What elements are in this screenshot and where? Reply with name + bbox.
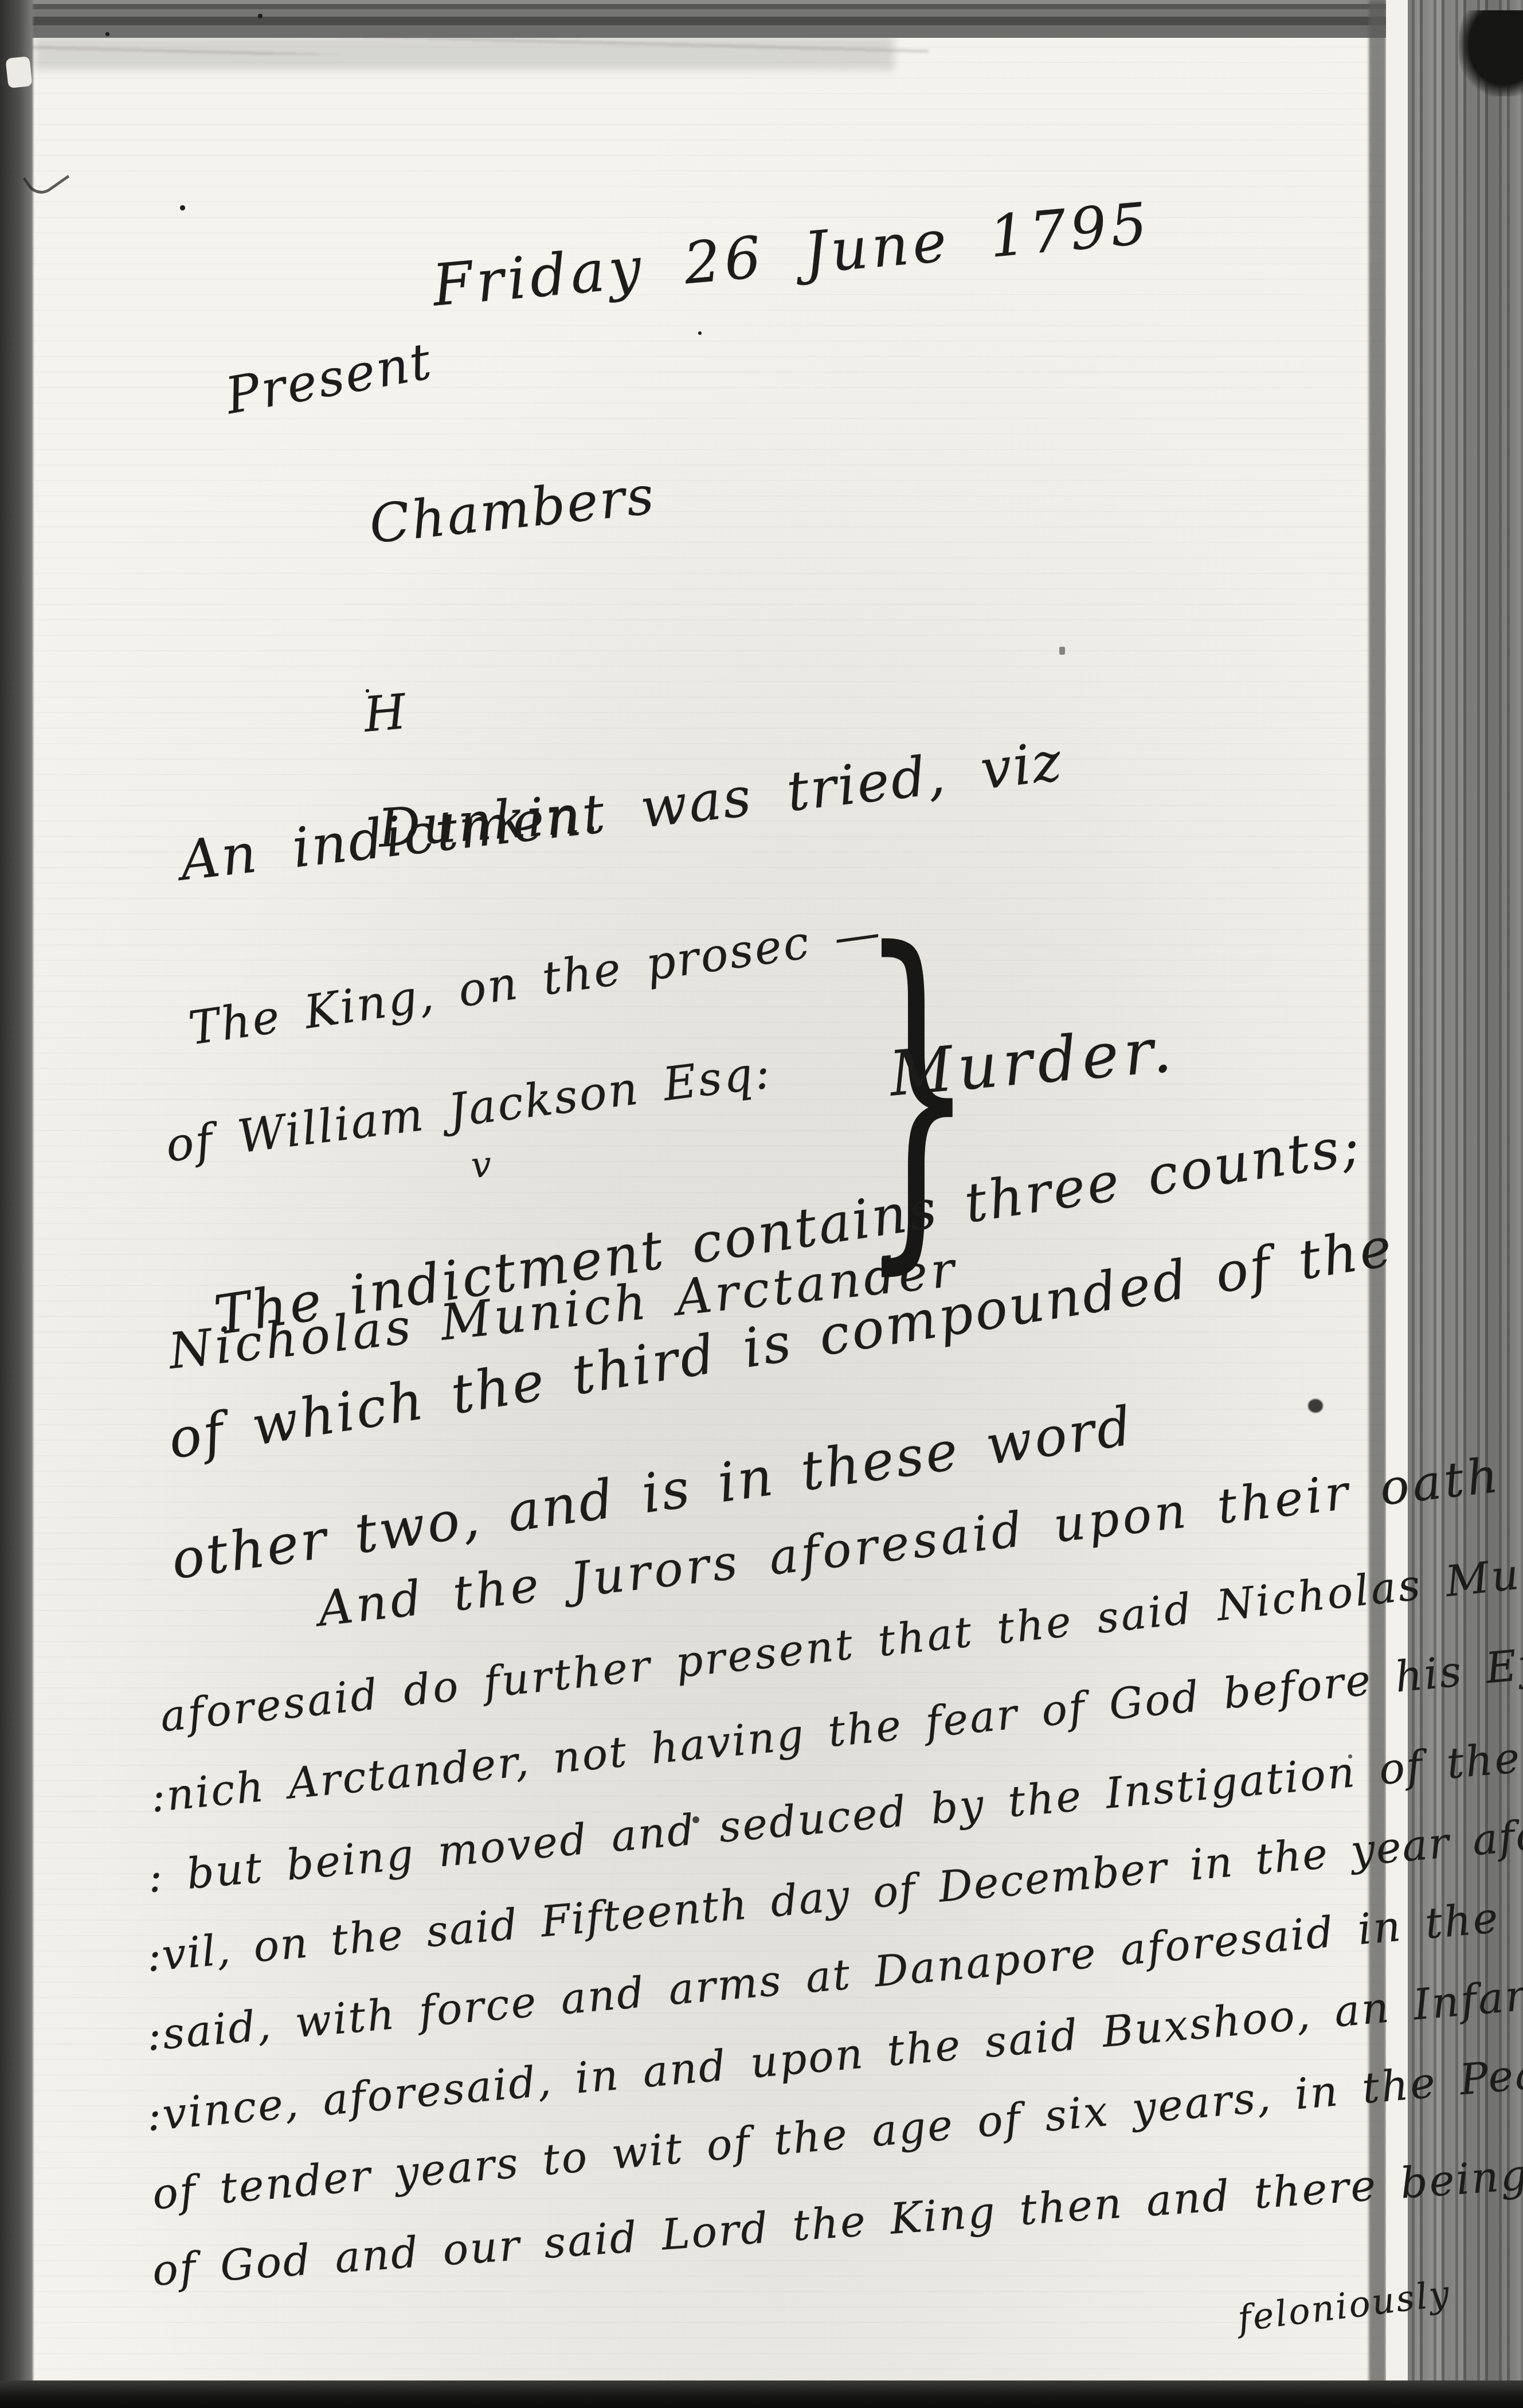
- present-label: Present: [221, 331, 437, 426]
- judge-separator-mark: H: [362, 683, 410, 743]
- gutter-ink-blob: [1459, 10, 1523, 96]
- ink-speck: [105, 32, 109, 36]
- manuscript-page: Friday 26 June 1795 Present Chambers H D…: [0, 0, 1523, 2408]
- judge-name-chambers: Chambers: [366, 464, 658, 556]
- binding-gutter-gap: [1386, 0, 1408, 2408]
- scan-top-border: [0, 0, 1523, 38]
- ink-blot: [1308, 1399, 1323, 1413]
- binding-gutter: [1408, 0, 1523, 2408]
- ink-speck: [258, 14, 263, 18]
- date-heading: Friday 26 June 1795: [430, 190, 1154, 319]
- case-versus-mark: v: [469, 1143, 494, 1186]
- case-prosecution-line-2: of William Jackson Esq:: [163, 1045, 774, 1172]
- case-prosecution-line-1: The King, on the prosec —: [186, 905, 885, 1056]
- left-border-notch: [5, 56, 32, 88]
- binding-gutter-streak: [1369, 0, 1386, 2408]
- ink-speck: [180, 205, 185, 210]
- scan-left-border: [0, 0, 34, 2408]
- ink-speck: [698, 331, 702, 335]
- gray-smear: [34, 37, 894, 70]
- proceeding-line: An indictment was tried, viz: [177, 730, 1066, 893]
- pencil-mark: [1059, 647, 1065, 655]
- scan-bottom-border: [0, 2380, 1523, 2408]
